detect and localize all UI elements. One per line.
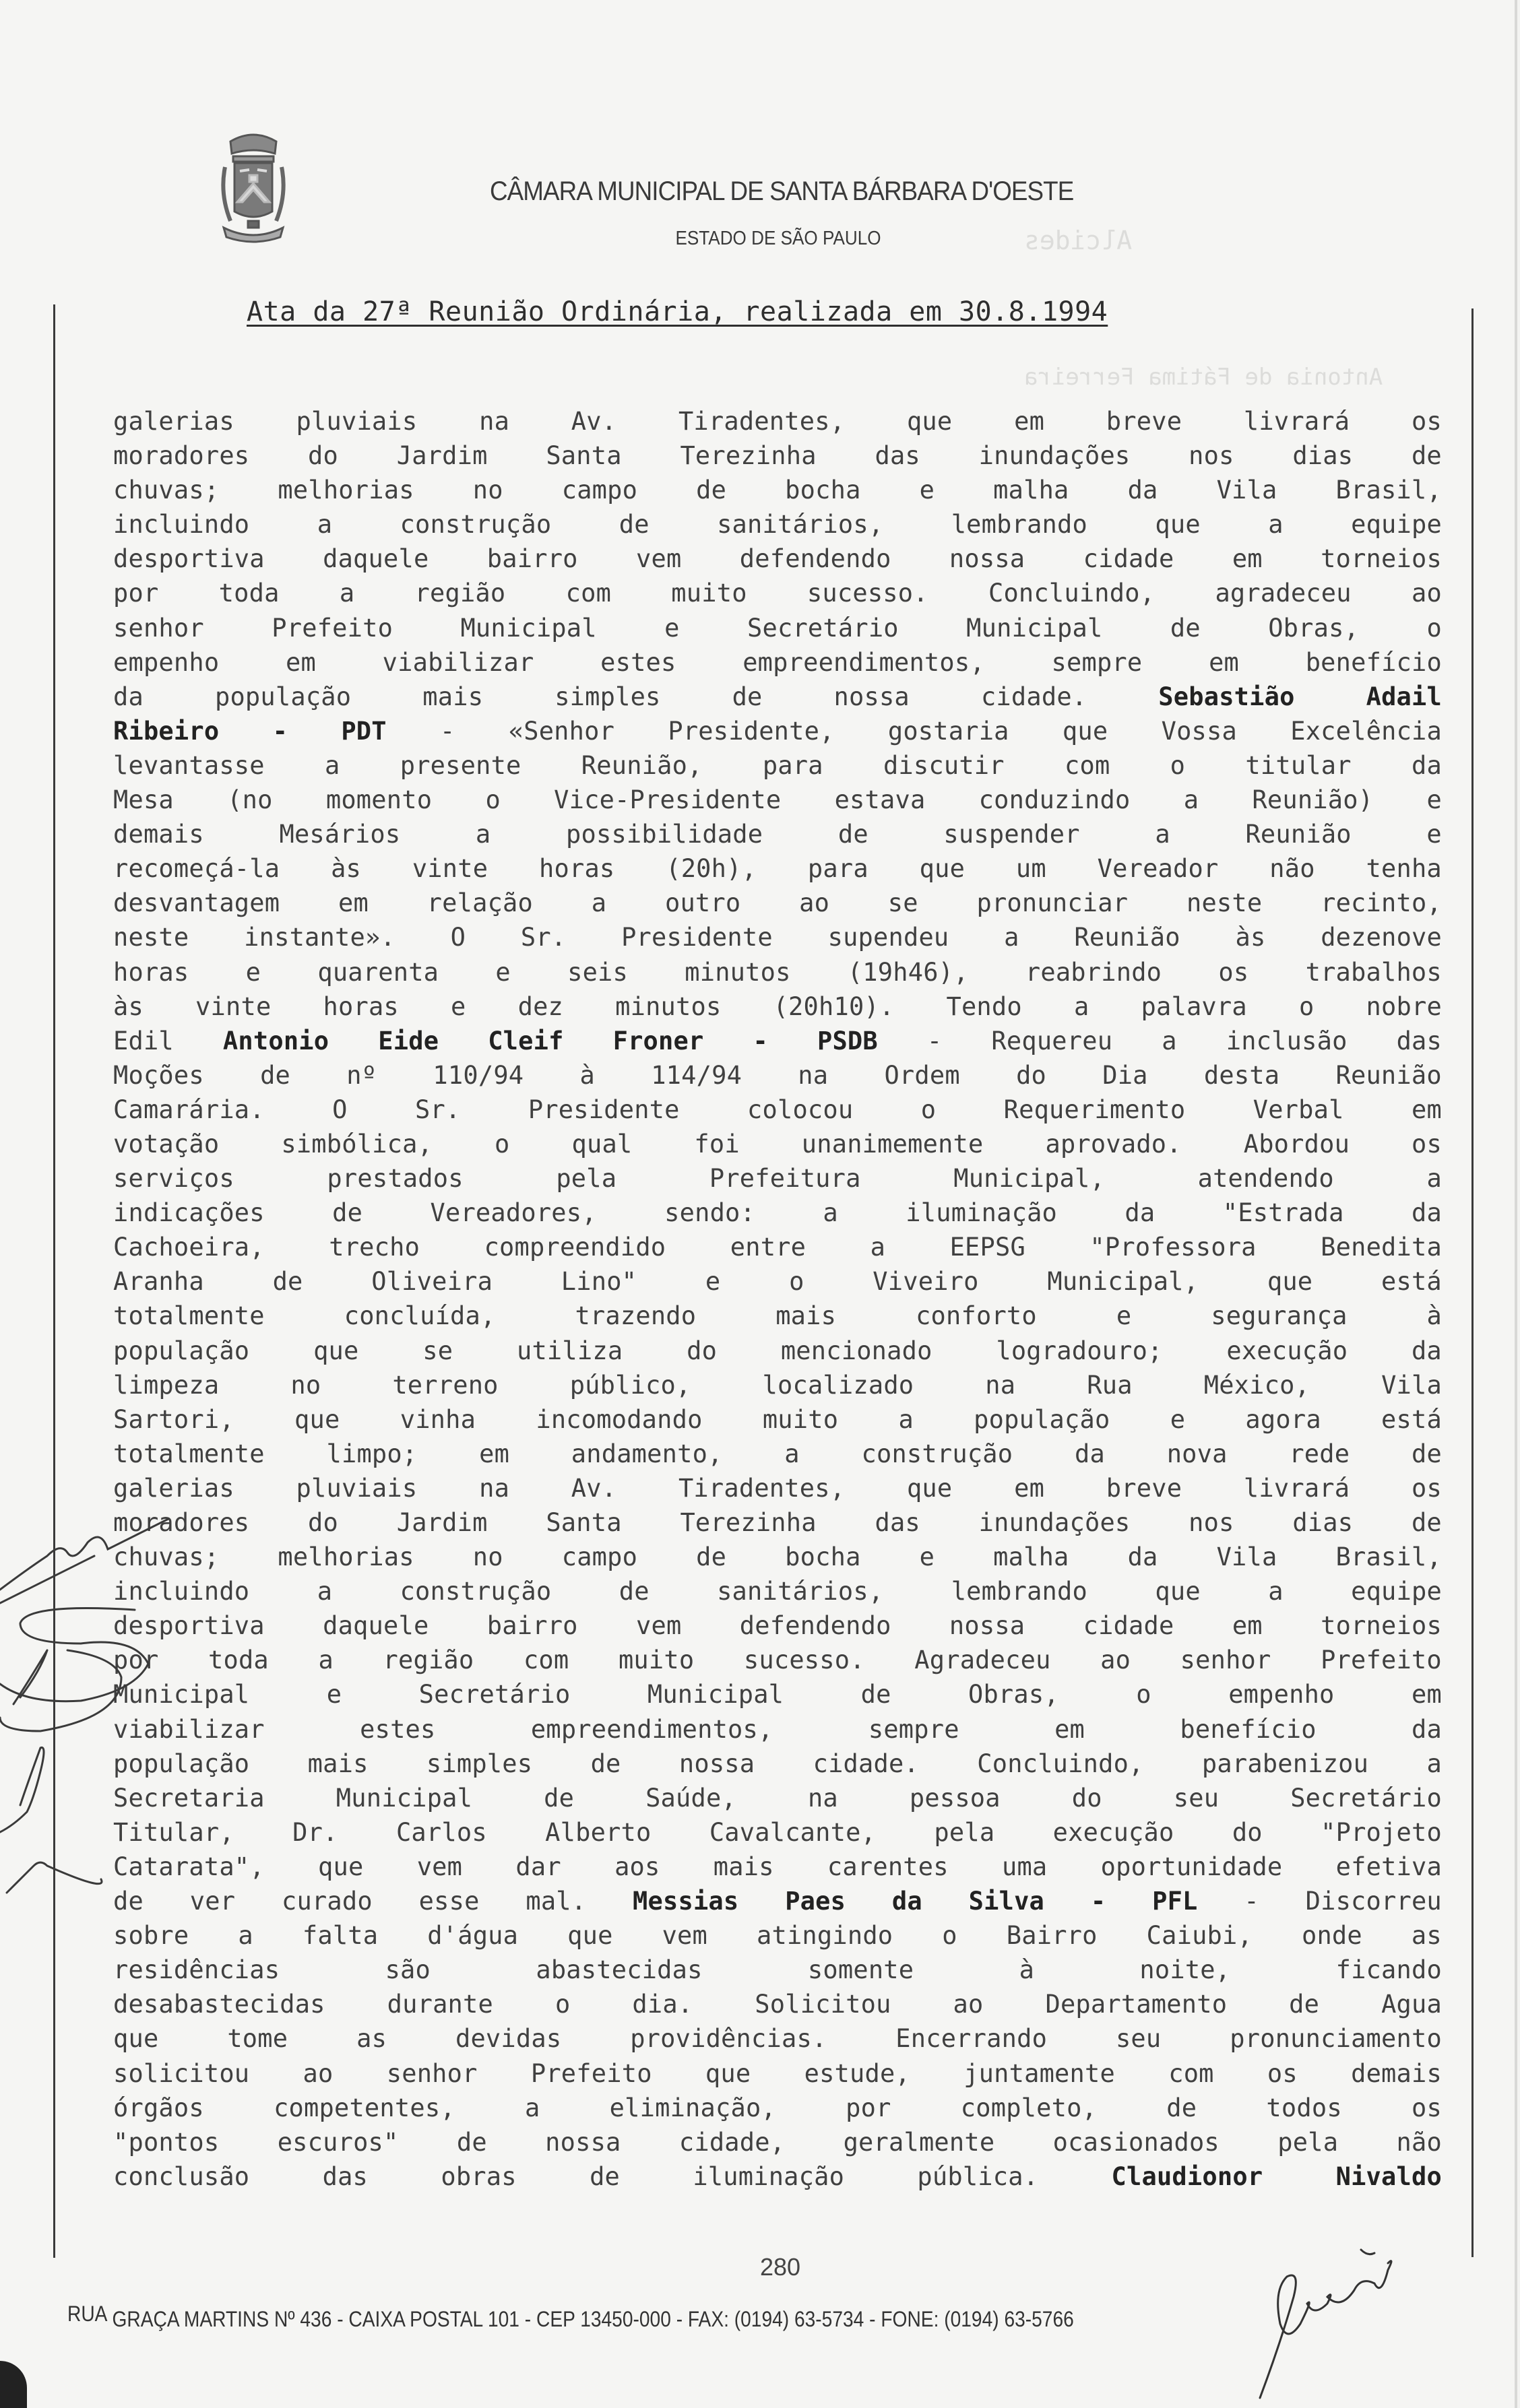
word: seu	[1174, 1781, 1219, 1815]
word: demais	[113, 817, 204, 851]
word: à	[580, 1058, 595, 1093]
word: cidade.	[981, 680, 1087, 714]
word: dez	[518, 989, 563, 1024]
word: por	[113, 1643, 158, 1677]
minutes-body: galeriaspluviaisnaAv.Tiradentes,queembre…	[113, 404, 1442, 2194]
word: somente	[808, 1953, 914, 1987]
word: ao	[953, 1987, 984, 2021]
word: localizado	[763, 1368, 914, 1402]
word: população	[974, 1402, 1110, 1437]
speaker-name: Adail	[1366, 680, 1442, 714]
word: juntamente	[963, 2056, 1115, 2091]
word: Terezinha	[680, 1505, 816, 1540]
word: região	[383, 1643, 474, 1677]
word: Edil	[113, 1024, 174, 1058]
word: de	[590, 2159, 620, 2194]
word: iluminação	[906, 1196, 1057, 1230]
word: inundações	[979, 1505, 1131, 1540]
footer-address-prefix: RUA	[67, 2302, 107, 2326]
word: Bairro	[1007, 1918, 1098, 1953]
word: «Senhor	[509, 714, 614, 748]
word: a	[238, 1918, 253, 1953]
word: serviços	[113, 1161, 234, 1196]
word: Av.	[571, 1471, 616, 1505]
word: Prefeito	[531, 2056, 652, 2091]
word: Departamento	[1045, 1987, 1227, 2021]
word: em	[1232, 542, 1263, 576]
text-line: Ribeiro-PDT-«SenhorPresidente,gostariaqu…	[113, 714, 1442, 748]
word: completo,	[961, 2091, 1097, 2125]
word: colocou	[747, 1093, 853, 1127]
word: que	[318, 1850, 363, 1884]
word: os	[1218, 955, 1248, 989]
word: Cavalcante,	[709, 1815, 876, 1850]
speaker-name: -	[753, 1024, 767, 1058]
word: Agua	[1381, 1987, 1442, 2021]
word: pluviais	[296, 404, 418, 438]
word: se	[422, 1334, 453, 1368]
word: que	[1155, 1574, 1200, 1608]
word: atingindo	[757, 1918, 893, 1953]
word: efetiva	[1336, 1850, 1442, 1884]
word: construção	[862, 1437, 1013, 1471]
document-title: Ata da 27ª Reunião Ordinária, realizada …	[247, 296, 1108, 327]
word: equipe	[1351, 507, 1442, 542]
word: a	[1074, 989, 1089, 1024]
word: Prefeito	[272, 611, 393, 645]
word: aos	[614, 1850, 660, 1884]
word: Brasil,	[1336, 473, 1442, 507]
word: dezenove	[1321, 920, 1442, 954]
word: com	[1065, 748, 1110, 783]
word: do	[1016, 1058, 1046, 1093]
word: construção	[400, 507, 552, 542]
word: vem	[636, 542, 681, 576]
word: campo	[562, 473, 637, 507]
word: para	[763, 748, 823, 783]
word: malha	[993, 1540, 1069, 1574]
speaker-name: Claudionor	[1112, 2159, 1263, 2194]
word: na	[985, 1368, 1015, 1402]
word: qual	[572, 1127, 633, 1161]
word: Municipal	[966, 611, 1102, 645]
word: a	[592, 886, 606, 920]
word: o	[1136, 1677, 1151, 1712]
text-line: EdilAntonioEideCleifFroner-PSDB-Requereu…	[113, 1024, 1442, 1058]
word: abastecidas	[536, 1953, 702, 1987]
speaker-name: Cleif	[488, 1024, 563, 1058]
word: totalmente	[113, 1437, 265, 1471]
text-line: Moçõesdenº110/94à114/94naOrdemdoDiadesta…	[113, 1058, 1442, 1093]
text-line: galeriaspluviaisnaAv.Tiradentes,queembre…	[113, 1471, 1442, 1505]
word: das	[875, 438, 920, 473]
text-line: limpezanoterrenopúblico,localizadonaRuaM…	[113, 1368, 1442, 1402]
word: nossa	[834, 680, 910, 714]
text-line: chuvas;melhoriasnocampodebochaemalhadaVi…	[113, 473, 1442, 507]
word: a	[1162, 1024, 1176, 1058]
text-line: conclusãodasobrasdeiluminaçãopública.Cla…	[113, 2159, 1442, 2194]
word: da	[1128, 473, 1158, 507]
word: das	[875, 1505, 920, 1540]
word: possibilidade	[566, 817, 763, 851]
word: incluindo	[113, 1574, 249, 1608]
word: indicações	[113, 1196, 265, 1230]
word: pronunciamento	[1230, 2021, 1442, 2056]
word: as	[1412, 1918, 1442, 1953]
word: Municipal	[113, 1677, 249, 1712]
word: execução	[1053, 1815, 1174, 1850]
word: Saúde,	[645, 1781, 736, 1815]
speaker-name: -	[1091, 1884, 1106, 1918]
word: na	[798, 1058, 828, 1093]
word: da	[1412, 1712, 1442, 1747]
word: tenha	[1366, 851, 1442, 886]
word: no	[290, 1368, 321, 1402]
word: por	[846, 2091, 891, 2125]
text-line: incluindoaconstruçãodesanitários,lembran…	[113, 507, 1442, 542]
word: conduzindo	[979, 783, 1131, 817]
word: "Estrada	[1223, 1196, 1344, 1230]
footer-address-text: GRAÇA MARTINS Nº 436 - CAIXA POSTAL 101 …	[112, 2307, 1073, 2331]
word: inclusão	[1226, 1024, 1348, 1058]
speaker-name: Froner	[613, 1024, 704, 1058]
page-number: 280	[0, 2253, 1520, 2281]
word: neste	[113, 920, 189, 954]
word: lembrando	[951, 1574, 1087, 1608]
word: EEPSG	[950, 1230, 1025, 1264]
word: Reunião)	[1252, 783, 1373, 817]
word: nossa	[949, 542, 1025, 576]
word: devidas	[455, 2021, 561, 2056]
word: de	[1289, 1987, 1319, 2021]
word: a	[1268, 1574, 1283, 1608]
text-line: AranhadeOliveiraLino"eoViveiroMunicipal,…	[113, 1264, 1442, 1299]
word: no	[473, 1540, 503, 1574]
text-line: moradoresdoJardimSantaTerezinhadasinunda…	[113, 1505, 1442, 1540]
word: reabrindo	[1025, 955, 1162, 989]
word: a	[325, 748, 340, 783]
word: e	[246, 955, 261, 989]
word: Solicitou	[755, 1987, 891, 2021]
word: cidade	[1083, 1608, 1174, 1643]
word: Terezinha	[680, 438, 816, 473]
word: Tiradentes,	[678, 1471, 845, 1505]
word: 114/94	[651, 1058, 742, 1093]
word: as	[356, 2021, 387, 2056]
word: não	[1269, 851, 1315, 886]
word: (no	[227, 783, 272, 817]
word: neste	[1186, 886, 1262, 920]
word: das	[323, 2159, 368, 2194]
text-line: sobreafaltad'águaquevematingindooBairroC…	[113, 1918, 1442, 1953]
word: ficando	[1336, 1953, 1442, 1987]
word: vinha	[400, 1402, 476, 1437]
word: à	[1019, 1953, 1034, 1987]
text-line: Mesa(nomomentooVice-Presidenteestavacond…	[113, 783, 1442, 817]
word: foi	[694, 1127, 739, 1161]
word: às	[1235, 920, 1265, 954]
left-border-line	[53, 304, 55, 2258]
word: Prefeitura	[709, 1161, 861, 1196]
word: estes	[600, 645, 676, 680]
speaker-name: Paes	[785, 1884, 846, 1918]
word: Agradeceu	[914, 1643, 1050, 1677]
word: ao	[303, 2056, 334, 2091]
word: (20h),	[666, 851, 757, 886]
word: nobre	[1366, 989, 1442, 1024]
word: discutir	[883, 748, 1005, 783]
word: equipe	[1351, 1574, 1442, 1608]
word: das	[1397, 1024, 1442, 1058]
word: Moções	[113, 1058, 204, 1093]
word: d'água	[427, 1918, 518, 1953]
word: do	[1232, 1815, 1263, 1850]
word: dar	[515, 1850, 561, 1884]
word: que	[113, 2021, 158, 2056]
word: vem	[662, 1918, 707, 1953]
word: desabastecidas	[113, 1987, 325, 2021]
word: a	[870, 1230, 885, 1264]
word: livrará	[1244, 1471, 1350, 1505]
word: Presidente,	[668, 714, 834, 748]
word: Aranha	[113, 1264, 204, 1299]
text-line: órgãoscompetentes,aeliminação,porcomplet…	[113, 2091, 1442, 2125]
word: Brasil,	[1336, 1540, 1442, 1574]
word: nossa	[545, 2125, 621, 2159]
word: rede	[1289, 1437, 1350, 1471]
word: não	[1397, 2125, 1442, 2159]
word: e	[327, 1677, 342, 1712]
word: os	[1412, 404, 1442, 438]
word: Lino"	[561, 1264, 637, 1299]
word: sanitários,	[717, 507, 883, 542]
word: o	[921, 1093, 936, 1127]
word: livrará	[1244, 404, 1350, 438]
word: Ordem	[884, 1058, 959, 1093]
word: geralmente	[844, 2125, 995, 2159]
word: região	[415, 576, 506, 610]
word: às	[331, 851, 361, 886]
word: mais	[714, 1850, 774, 1884]
word: parabenizou	[1202, 1747, 1368, 1781]
word: de	[273, 1264, 303, 1299]
word: à	[1427, 1299, 1442, 1333]
word: suspender	[943, 817, 1079, 851]
word: limpeza	[113, 1368, 219, 1402]
text-line: horasequarentaeseisminutos(19h46),reabri…	[113, 955, 1442, 989]
word: Rua	[1087, 1368, 1132, 1402]
word: Prefeito	[1321, 1643, 1442, 1677]
word: minutos	[615, 989, 721, 1024]
word: limpo;	[327, 1437, 418, 1471]
word: e	[1426, 817, 1441, 851]
text-line: levantasseapresenteReunião,paradiscutirc…	[113, 748, 1442, 783]
word: Catarata",	[113, 1850, 265, 1884]
text-line: Titular,Dr.CarlosAlbertoCavalcante,pelae…	[113, 1815, 1442, 1850]
word: para	[808, 851, 868, 886]
word: Reunião,	[581, 748, 703, 783]
word: agradeceu	[1215, 576, 1351, 610]
word: o	[1299, 989, 1314, 1024]
word: desportiva	[113, 1608, 265, 1643]
word: da	[113, 680, 144, 714]
word: Requerimento	[1004, 1093, 1186, 1127]
word: população	[215, 680, 351, 714]
word: ver	[190, 1884, 235, 1918]
word: Mesa	[113, 783, 174, 817]
word: sendo:	[664, 1196, 755, 1230]
word: em	[338, 886, 369, 920]
word: nossa	[679, 1747, 755, 1781]
word: moradores	[113, 1505, 249, 1540]
word: a	[317, 507, 332, 542]
word: da	[1412, 748, 1442, 783]
word: -	[440, 714, 455, 748]
text-line: Sartori,quevinhaincomodandomuitoapopulaç…	[113, 1402, 1442, 1437]
text-line: portodaaregiãocommuitosucesso.Agradeceua…	[113, 1643, 1442, 1677]
word: a	[898, 1402, 913, 1437]
word: benefício	[1306, 645, 1442, 680]
word: senhor	[387, 2056, 478, 2091]
word: vem	[417, 1850, 462, 1884]
text-line: serviçosprestadospelaPrefeituraMunicipal…	[113, 1161, 1442, 1196]
word: desvantagem	[113, 886, 280, 920]
word: Municipal	[647, 1677, 784, 1712]
word: logradouro;	[996, 1334, 1162, 1368]
word: em	[1209, 645, 1239, 680]
text-line: populaçãoqueseutilizadomencionadologrado…	[113, 1334, 1442, 1368]
word: noite,	[1139, 1953, 1230, 1987]
word: a	[1268, 507, 1283, 542]
word: Obras,	[1268, 611, 1359, 645]
word: minutos	[685, 955, 790, 989]
word: pluviais	[296, 1471, 418, 1505]
word: Secretário	[419, 1677, 571, 1712]
word: votação	[113, 1127, 219, 1161]
word: recomeçá-la	[113, 851, 280, 886]
word: sempre	[1052, 645, 1143, 680]
speaker-name: Messias	[633, 1884, 738, 1918]
word: estude,	[804, 2056, 910, 2091]
word: bocha	[785, 473, 860, 507]
word: Titular,	[113, 1815, 234, 1850]
word: e	[1426, 783, 1441, 817]
speaker-name: Eide	[378, 1024, 439, 1058]
word: chuvas;	[113, 473, 219, 507]
word: Discorreu	[1306, 1884, 1442, 1918]
word: e	[705, 1264, 720, 1299]
word: daquele	[323, 542, 429, 576]
word: muito	[619, 1643, 694, 1677]
word: dias	[1292, 1505, 1353, 1540]
word: Concluindo,	[977, 1747, 1143, 1781]
word: de	[113, 1884, 144, 1918]
word: a	[1004, 920, 1019, 954]
right-border-line	[1471, 308, 1474, 2257]
word: inundações	[979, 438, 1131, 473]
word: galerias	[113, 404, 234, 438]
word: nos	[1189, 438, 1234, 473]
word: de	[591, 1747, 621, 1781]
word: de	[1166, 2091, 1197, 2125]
word: da	[1125, 1196, 1155, 1230]
word: ao	[799, 886, 829, 920]
word: Viveiro	[873, 1264, 978, 1299]
word: da	[1075, 1437, 1105, 1471]
word: onde	[1302, 1918, 1362, 1953]
word: malha	[993, 473, 1069, 507]
word: Presidente	[621, 920, 773, 954]
word: de	[332, 1196, 362, 1230]
word: Secretário	[1290, 1781, 1442, 1815]
word: ao	[1412, 576, 1442, 610]
word: a	[317, 1574, 332, 1608]
word: Presidente	[528, 1093, 680, 1127]
word: gostaria	[888, 714, 1009, 748]
text-line: chuvas;melhoriasnocampodebochaemalhadaVi…	[113, 1540, 1442, 1574]
word: nos	[1189, 1505, 1234, 1540]
word: em	[1412, 1093, 1442, 1127]
word: vem	[636, 1608, 681, 1643]
word: presente	[400, 748, 521, 783]
word: são	[385, 1953, 431, 1987]
word: momento	[326, 783, 432, 817]
word: Requereu	[991, 1024, 1112, 1058]
word: breve	[1106, 1471, 1182, 1505]
word: um	[1016, 851, 1046, 886]
text-line: Catarata",quevemdaraosmaiscarentesumaopo…	[113, 1850, 1442, 1884]
word: e	[451, 989, 466, 1024]
word: Sr.	[415, 1093, 460, 1127]
word: o	[485, 783, 500, 817]
word: pela	[556, 1161, 616, 1196]
speaker-name: Nivaldo	[1336, 2159, 1442, 2194]
word: senhor	[1180, 1643, 1271, 1677]
word: empenho	[113, 645, 219, 680]
word: Encerrando	[895, 2021, 1047, 2056]
word: toda	[208, 1643, 269, 1677]
word: O	[451, 920, 466, 954]
word: do	[308, 1505, 338, 1540]
word: mais	[308, 1747, 369, 1781]
word: "pontos	[113, 2125, 219, 2159]
word: horas	[113, 955, 189, 989]
word: os	[1412, 2091, 1442, 2125]
word: Reunião	[1074, 920, 1180, 954]
word: Vila	[1217, 1540, 1277, 1574]
word: Municipal	[460, 611, 596, 645]
word: pública.	[917, 2159, 1038, 2194]
speaker-name: Silva	[969, 1884, 1044, 1918]
word: o	[1426, 611, 1441, 645]
word: em	[1412, 1677, 1442, 1712]
text-line: totalmenteconcluída,trazendomaisconforto…	[113, 1299, 1442, 1333]
word: dias	[1292, 438, 1353, 473]
word: cidade	[1083, 542, 1174, 576]
word: galerias	[113, 1471, 234, 1505]
word: está	[1381, 1402, 1442, 1437]
speaker-name: Sebastião	[1158, 680, 1294, 714]
word: os	[1412, 1127, 1442, 1161]
word: da	[1412, 1334, 1442, 1368]
word: carentes	[827, 1850, 949, 1884]
word: Cachoeira,	[113, 1230, 265, 1264]
word: e	[1170, 1402, 1185, 1437]
word: -	[927, 1024, 942, 1058]
text-line: indicaçõesdeVereadores,sendo:ailuminação…	[113, 1196, 1442, 1230]
text-line: desabastecidasduranteodia.SolicitouaoDep…	[113, 1987, 1442, 2021]
word: tome	[227, 2021, 288, 2056]
